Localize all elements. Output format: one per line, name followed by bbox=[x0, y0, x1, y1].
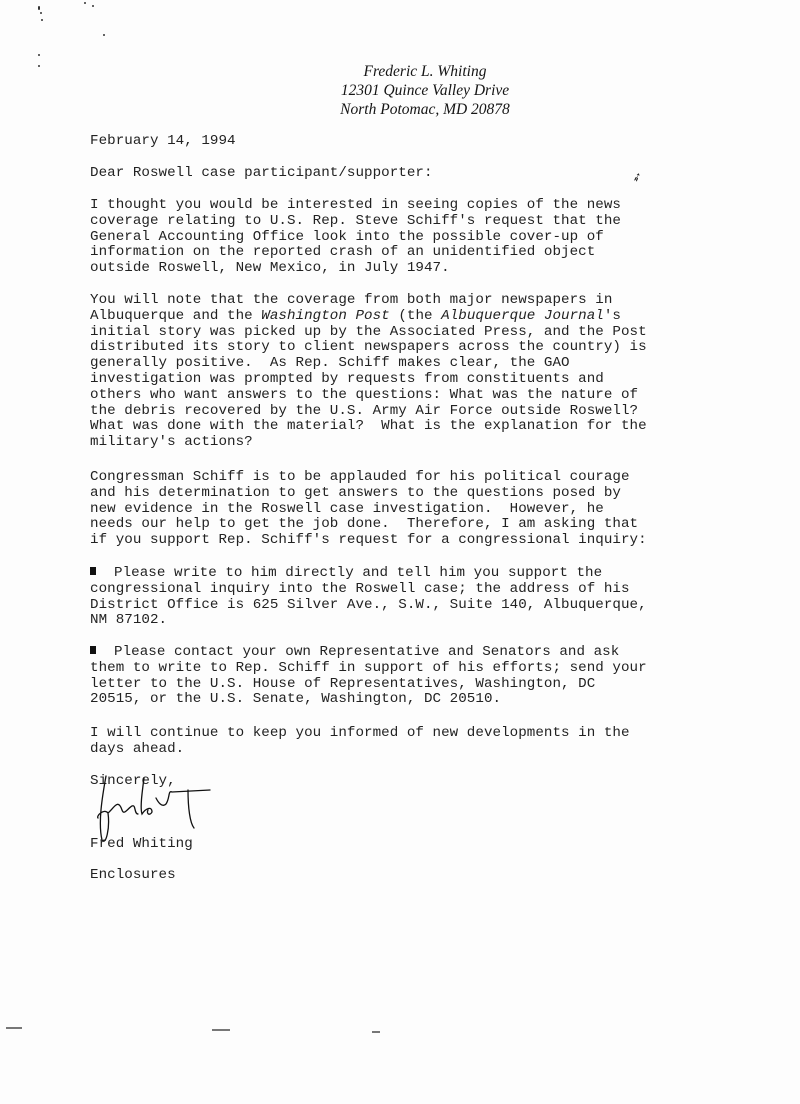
bullet-item: Please write to him directly and tell hi… bbox=[90, 566, 730, 629]
paragraph-text: 's initial story was picked up by the As… bbox=[90, 308, 647, 450]
paragraph-coverage: You will note that the coverage from bot… bbox=[90, 293, 730, 451]
scan-speck bbox=[38, 54, 40, 56]
scan-speck bbox=[38, 6, 40, 10]
scan-mark bbox=[372, 1031, 380, 1033]
scan-speck bbox=[103, 34, 105, 36]
enclosures-note: Enclosures bbox=[90, 868, 730, 884]
sender-name: Frederic L. Whiting bbox=[300, 62, 550, 81]
square-bullet-icon bbox=[90, 646, 96, 654]
bullet-text: Please contact your own Representative a… bbox=[90, 644, 647, 707]
letterhead: Frederic L. Whiting 12301 Quince Valley … bbox=[300, 62, 550, 119]
scan-speck bbox=[40, 12, 42, 14]
newspaper-title: Albuquerque Journal bbox=[441, 308, 604, 324]
letter-date: February 14, 1994 bbox=[90, 134, 730, 150]
paragraph-intro: I thought you would be interested in see… bbox=[90, 198, 730, 277]
square-bullet-icon bbox=[90, 567, 96, 575]
bullet-text: Please write to him directly and tell hi… bbox=[90, 565, 647, 628]
newspaper-title: Washington Post bbox=[261, 308, 389, 324]
letter-page: Frederic L. Whiting 12301 Quince Valley … bbox=[0, 0, 800, 1104]
scan-speck bbox=[92, 5, 94, 7]
scan-speck bbox=[41, 19, 43, 21]
sender-city: North Potomac, MD 20878 bbox=[300, 100, 550, 119]
paragraph-appeal: Congressman Schiff is to be applauded fo… bbox=[90, 470, 730, 549]
scan-speck bbox=[84, 2, 86, 4]
paragraph-text: (the bbox=[390, 308, 441, 324]
bullet-item: Please contact your own Representative a… bbox=[90, 645, 730, 708]
scan-mark bbox=[6, 1027, 22, 1029]
signer-name: Fred Whiting bbox=[90, 837, 730, 853]
paragraph-closing-note: I will continue to keep you informed of … bbox=[90, 726, 730, 758]
sender-street: 12301 Quince Valley Drive bbox=[300, 81, 550, 100]
scan-mark bbox=[212, 1029, 230, 1031]
scan-speck bbox=[38, 65, 40, 67]
